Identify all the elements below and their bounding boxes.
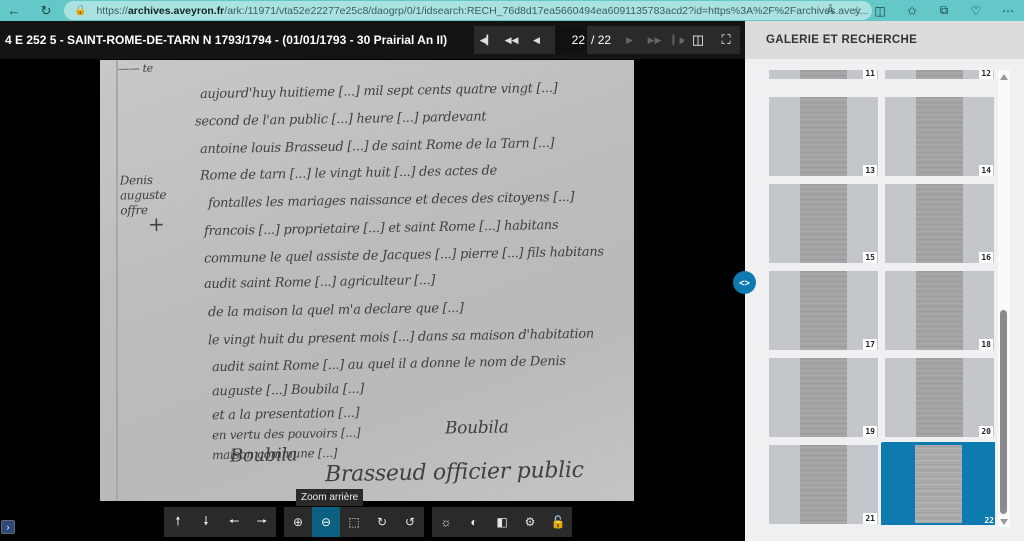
thumbnail[interactable]: 17 [769, 271, 878, 350]
brightness-icon[interactable]: ☼ [432, 507, 460, 537]
url-domain: archives.aveyron.fr [128, 5, 224, 17]
thumbnail[interactable]: 15 [769, 184, 878, 263]
page-margin [116, 60, 118, 501]
rotate-left-icon[interactable]: ↺ [396, 507, 424, 537]
gallery-panel: GALERIE ET RECHERCHE 11 12 13 14 15 16 1… [745, 21, 1024, 541]
thumbnail-image [916, 358, 963, 437]
page-number-input[interactable]: 22 [555, 26, 587, 54]
previous-page-icon[interactable]: ◀ [524, 26, 549, 54]
collections-icon[interactable]: ⧉ [928, 0, 960, 21]
thumbnail-image [800, 445, 847, 524]
next-set-icon[interactable]: ▶▶ [642, 26, 667, 54]
thumbnail[interactable]: 18 [885, 271, 994, 350]
more-icon[interactable]: ⋯ [992, 0, 1024, 21]
pan-toolbar: 🠕 🠗 🠔 🠖 [164, 507, 276, 537]
url-path: /ark:/11971/vta52e22277e25c8/daogrp/0/1/… [224, 5, 868, 17]
manuscript-line: audit saint Rome [...] agriculteur [...] [204, 273, 435, 292]
signature: Boubila [230, 444, 298, 466]
thumbnail-number: 18 [979, 339, 993, 350]
thumbnail-number: 15 [863, 252, 877, 263]
thumbnail-image [916, 184, 963, 263]
scrollbar-thumb[interactable] [1000, 310, 1007, 514]
thumbnail-image [915, 445, 962, 523]
document-title: 4 E 252 5 - SAINT-ROME-DE-TARN N 1793/17… [5, 33, 447, 47]
thumbnail-image [800, 358, 847, 437]
gallery-scrollbar[interactable] [998, 70, 1010, 527]
thumbnail[interactable]: 13 [769, 97, 878, 176]
thumbnail[interactable]: 20 [885, 358, 994, 437]
read-aloud-icon[interactable]: Â [827, 5, 834, 17]
rotate-right-icon[interactable]: ↻ [368, 507, 396, 537]
viewer-header: 4 E 252 5 - SAINT-ROME-DE-TARN N 1793/17… [0, 21, 745, 59]
split-resize-handle[interactable]: <> [733, 271, 756, 294]
thumbnail-number: 22 [982, 515, 995, 525]
thumbnail-image [800, 271, 847, 350]
manuscript-line: francois [...] proprietaire [...] et sai… [204, 218, 559, 239]
reload-icon[interactable]: ↻ [35, 0, 57, 21]
thumbnail-number: 17 [863, 339, 877, 350]
thumbnail[interactable]: 11 [769, 70, 878, 79]
manuscript-line: aujourd'huy huitieme [...] mil sept cent… [200, 81, 558, 102]
manuscript-line: le vingt huit du present mois [...] dans… [208, 327, 594, 349]
fullscreen-icon[interactable]: ⛶ [712, 26, 740, 54]
thumbnail[interactable]: 12 [885, 70, 994, 79]
thumbnail-number: 19 [863, 426, 877, 437]
favorite-star-icon[interactable]: ☆ [852, 4, 862, 17]
thumbnail-selected[interactable]: 22 [881, 442, 995, 525]
url-prefix: https:// [96, 5, 128, 17]
thumbnail[interactable]: 16 [885, 184, 994, 263]
manuscript-line: et a la presentation [...] [212, 406, 360, 424]
zoom-toolbar: ⊕ ⊖ ⬚ ↻ ↺ [284, 507, 424, 537]
manuscript-line: antoine louis Brasseud [...] de saint Ro… [200, 136, 555, 157]
gallery-title: GALERIE ET RECHERCHE [745, 21, 1024, 59]
zoom-out-tooltip: Zoom arrière [296, 489, 363, 506]
expand-left-panel-button[interactable]: › [1, 520, 15, 534]
page-navigator: ◀▎ ◀◀ ◀ 22 / 22 ▶ ▶▶ ▎▶ [474, 26, 692, 54]
reset-settings-icon[interactable]: ⚙ [516, 507, 544, 537]
thumbnail-image [916, 271, 963, 350]
favorites-icon[interactable]: ✩ [896, 0, 928, 21]
browser-toolbar: ← ↻ 🔒 https://archives.aveyron.fr/ark:/1… [0, 0, 1024, 21]
scroll-down-icon[interactable] [1000, 519, 1008, 525]
contrast-icon[interactable]: ◐ [460, 507, 488, 537]
image-adjust-toolbar: ☼ ◐ ◧ ⚙ 🔓 [432, 507, 572, 537]
lock-icon[interactable]: 🔒 [74, 5, 86, 16]
view-tools: ◫ ⛶ [684, 26, 740, 54]
thumbnail-number: 13 [863, 165, 877, 176]
previous-set-icon[interactable]: ◀◀ [499, 26, 524, 54]
thumbnail-number: 12 [979, 70, 993, 79]
manuscript-line: fontalles les mariages naissance et dece… [208, 190, 574, 211]
signature: Boubila [445, 417, 509, 438]
header-mark: —— te [118, 62, 153, 76]
thumbnail-image [800, 97, 847, 176]
manuscript-line: Rome de tarn [...] le vingt huit [...] d… [200, 163, 497, 183]
address-bar[interactable]: 🔒 https://archives.aveyron.fr/ark:/11971… [64, 1, 872, 20]
thumbnail[interactable]: 21 [769, 445, 878, 524]
manuscript-image[interactable]: —— te aujourd'huy huitieme [...] mil sep… [100, 60, 634, 501]
next-page-icon[interactable]: ▶ [617, 26, 642, 54]
thumbnail-image [800, 184, 847, 263]
pan-right-icon[interactable]: 🠖 [248, 507, 276, 537]
browser-essentials-icon[interactable]: ♡ [960, 0, 992, 21]
thumbnail-image [916, 70, 963, 79]
thumbnail-number: 16 [979, 252, 993, 263]
split-screen-icon[interactable]: ◫ [864, 0, 896, 21]
thumbnail[interactable]: 19 [769, 358, 878, 437]
document-viewer: 4 E 252 5 - SAINT-ROME-DE-TARN N 1793/17… [0, 21, 745, 541]
thumbnail-number: 14 [979, 165, 993, 176]
invert-icon[interactable]: ◧ [488, 507, 516, 537]
thumbnail-image [800, 70, 847, 79]
zoom-selection-icon[interactable]: ⬚ [340, 507, 368, 537]
manuscript-line: second de l'an public [...] heure [...] … [195, 109, 487, 129]
unlock-icon[interactable]: 🔓 [544, 507, 572, 537]
manuscript-line: commune le quel assiste de Jacques [...]… [204, 245, 604, 267]
manuscript-line: audit saint Rome [...] au quel il a donn… [212, 354, 566, 375]
page-total: / 22 [587, 33, 617, 47]
pan-down-icon[interactable]: 🠗 [192, 507, 220, 537]
thumbnail-grid: 11 12 13 14 15 16 17 18 19 20 21 22 [769, 70, 995, 525]
manuscript-line: auguste [...] Boubila [...] [212, 382, 364, 400]
manuscript-line: de la maison la quel m'a declare que [..… [208, 301, 464, 320]
panel-layout-icon[interactable]: ◫ [684, 26, 712, 54]
back-icon[interactable]: ← [3, 0, 25, 21]
signature: Brasseud officier public [325, 458, 584, 488]
scroll-up-icon[interactable] [1000, 74, 1008, 80]
thumbnail-image [916, 97, 963, 176]
manuscript-line: en vertu des pouvoirs [...] [212, 426, 361, 443]
thumbnail-number: 20 [979, 426, 993, 437]
zoom-in-icon[interactable]: ⊕ [284, 507, 312, 537]
thumbnail-number: 11 [863, 70, 877, 79]
zoom-out-icon[interactable]: ⊖ [312, 507, 340, 537]
pan-up-icon[interactable]: 🠕 [164, 507, 192, 537]
thumbnail-number: 21 [863, 513, 877, 524]
first-page-icon[interactable]: ◀▎ [474, 26, 499, 54]
pan-left-icon[interactable]: 🠔 [220, 507, 248, 537]
thumbnail[interactable]: 14 [885, 97, 994, 176]
margin-cross: + [148, 212, 165, 236]
